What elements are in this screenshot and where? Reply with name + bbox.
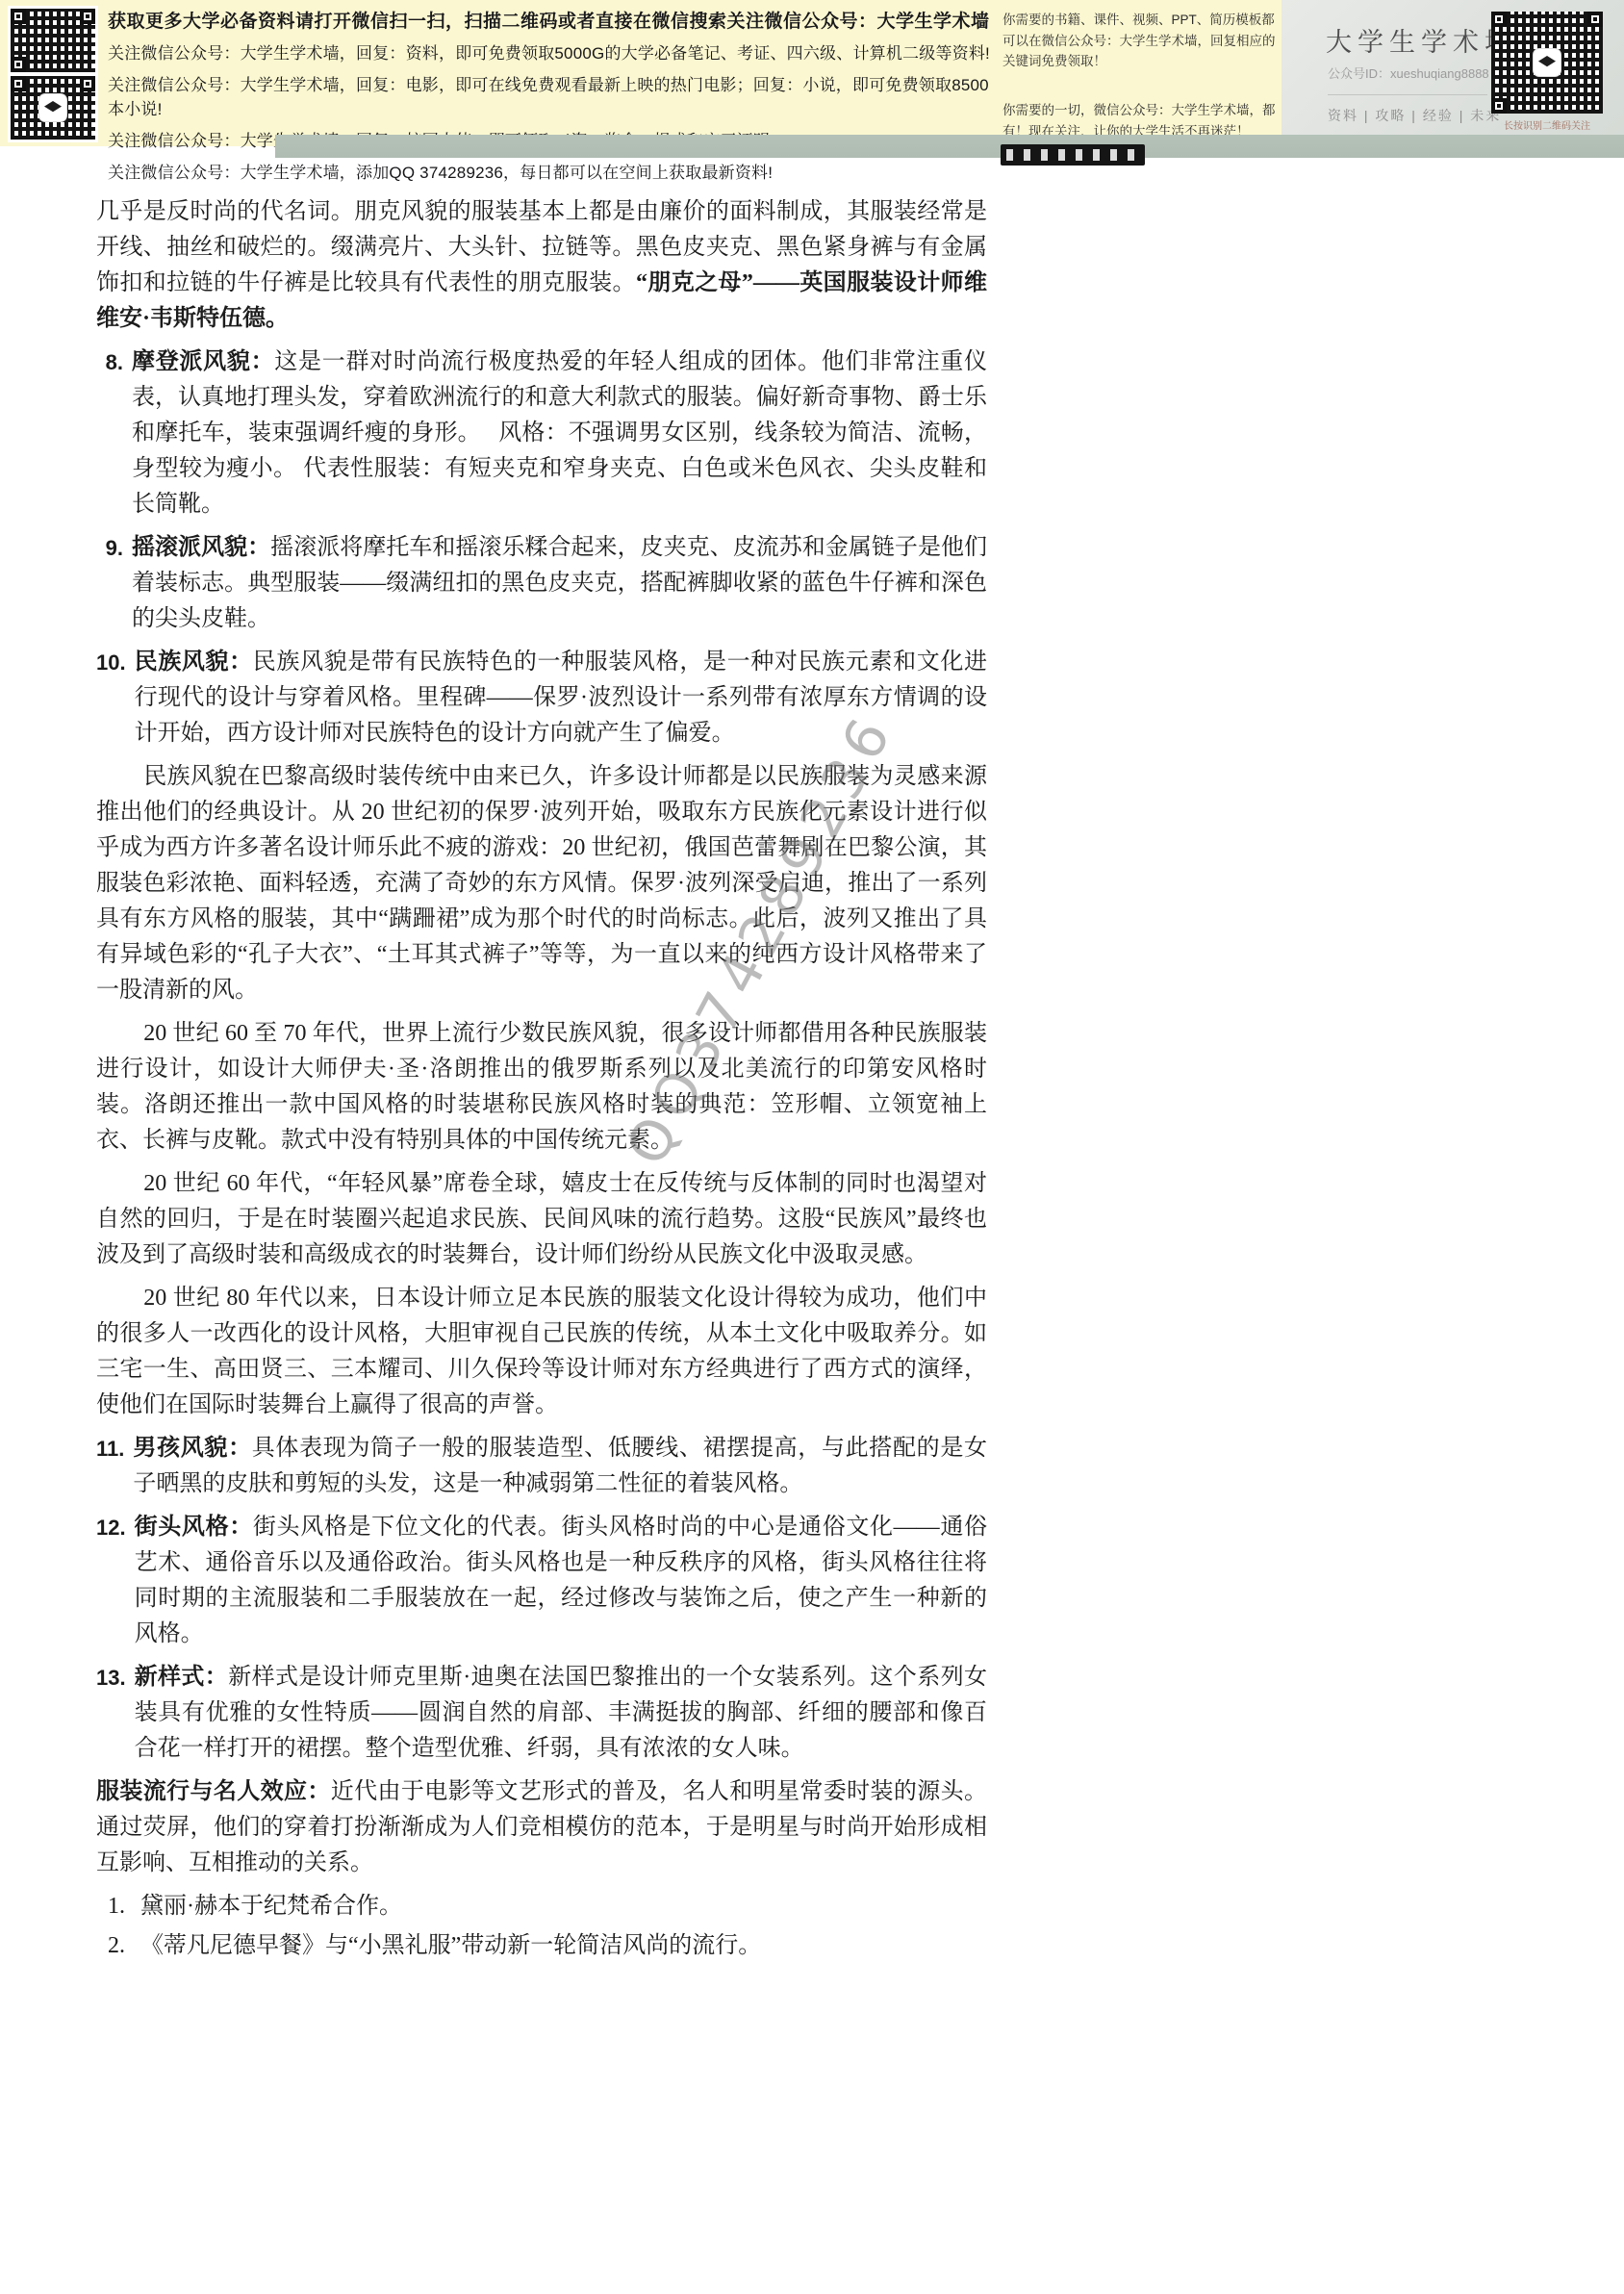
final-list-item-2: 2. 《蒂凡尼德早餐》与“小黑礼服”带动新一轮简洁风尚的流行。 [104, 1928, 987, 1964]
qr-code-icon [11, 76, 95, 140]
item-text: 新样式是设计师克里斯·迪奥在法国巴黎推出的一个女装系列。这个系列女装具有优雅的女… [135, 1665, 987, 1761]
item-number: 11. [96, 1431, 133, 1502]
promo-line-2: 关注微信公众号：大学生学术墙，回复：资料，即可免费领取5000G的大学必备笔记、… [108, 39, 1002, 64]
final-list-item-1: 1. 黛丽·赫本于纪梵希合作。 [104, 1889, 987, 1924]
header-qr-block [8, 6, 98, 142]
brand-account-id: 公众号ID：xueshuqiang8888 [1328, 64, 1489, 82]
ethnic-paragraph-4: 20 世纪 80 年代以来，日本设计师立足本民族的服装文化设计得较为成功，他们中… [96, 1281, 987, 1423]
item-title: 摇滚派风貌： [132, 535, 270, 560]
ethnic-paragraph-3: 20 世纪 60 年代，“年轻风暴”席卷全球，嬉皮士在反传统与反体制的同时也渴望… [96, 1166, 987, 1273]
scan-texture-strip [275, 135, 1624, 158]
item-number: 1. [104, 1889, 140, 1924]
list-item-10: 10. 民族风貌：民族风貌是带有民族特色的一种服装风格，是一种对民族元素和文化进… [96, 645, 987, 752]
promo-header-banner: 获取更多大学必备资料请打开微信扫一扫，扫描二维码或者直接在微信搜索关注微信公众号… [0, 0, 1624, 146]
divider [1328, 94, 1487, 95]
item-text: 民族风貌是带有民族特色的一种服装风格，是一种对民族元素和文化进行现代的设计与穿着… [135, 650, 987, 746]
document-page: 获取更多大学必备资料请打开微信扫一扫，扫描二维码或者直接在微信搜索关注微信公众号… [0, 0, 1624, 2294]
item-title: 民族风貌： [135, 650, 253, 675]
list-item-13: 13. 新样式：新样式是设计师克里斯·迪奥在法国巴黎推出的一个女装系列。这个系列… [96, 1660, 987, 1767]
promo-side-note-1: 你需要的书籍、课件、视频、PPT、简历模板都可以在微信公众号：大学生学术墙，回复… [1002, 10, 1283, 72]
item-title: 新样式： [135, 1665, 229, 1690]
brand-title: 大学生学术墙 [1326, 21, 1516, 59]
qr-finder-icon [1491, 12, 1507, 27]
item-text: 黛丽·赫本于纪梵希合作。 [140, 1889, 402, 1924]
celebrity-paragraph: 服装流行与名人效应：近代由于电影等文艺形式的普及，名人和明星常委时装的源头。通过… [96, 1774, 987, 1881]
item-number: 9. [96, 530, 132, 637]
graduation-cap-icon [1534, 49, 1561, 76]
item-title: 男孩风貌： [133, 1436, 251, 1461]
item-text: 《蒂凡尼德早餐》与“小黑礼服”带动新一轮简洁风尚的流行。 [140, 1928, 761, 1964]
qr-finder-icon [1587, 12, 1603, 27]
item-number: 2. [104, 1928, 140, 1964]
item-number: 8. [96, 344, 132, 523]
item-text: 街头风格是下位文化的代表。街头风格时尚的中心是通俗文化——通俗艺术、通俗音乐以及… [135, 1515, 987, 1646]
item-text: 这是一群对时尚流行极度热爱的年轻人组成的团体。他们非常注重仪表，认真地打理头发，… [132, 349, 987, 517]
promo-text-lines: 获取更多大学必备资料请打开微信扫一扫，扫描二维码或者直接在微信搜索关注微信公众号… [108, 7, 1002, 191]
list-item-12: 12. 街头风格：街头风格是下位文化的代表。街头风格时尚的中心是通俗文化——通俗… [96, 1510, 987, 1652]
item-number: 12. [96, 1510, 135, 1652]
list-item-9: 9. 摇滚派风貌：摇滚派将摩托车和摇滚乐糅合起来，皮夹克、皮流苏和金属链子是他们… [96, 530, 987, 637]
ethnic-paragraph-2: 20 世纪 60 至 70 年代，世界上流行少数民族风貌，很多设计师都借用各种民… [96, 1016, 987, 1159]
qr-finder-icon [11, 76, 26, 91]
promo-line-1: 获取更多大学必备资料请打开微信扫一扫，扫描二维码或者直接在微信搜索关注微信公众号… [108, 7, 1002, 33]
celebrity-heading: 服装流行与名人效应： [96, 1779, 331, 1804]
qr-finder-icon [80, 9, 95, 24]
qr-finder-icon [11, 9, 26, 24]
document-body: 几乎是反时尚的代名词。朋克风貌的服装基本上都是由廉价的面料制成，其服装经常是开线… [96, 194, 987, 1968]
list-item-8: 8. 摩登派风貌：这是一群对时尚流行极度热爱的年轻人组成的团体。他们非常注重仪表… [96, 344, 987, 523]
promo-line-5: 关注微信公众号：大学生学术墙，添加QQ 374289236，每日都可以在空间上获… [108, 159, 1002, 183]
qr-code-icon [1491, 12, 1603, 114]
brand-tags: 资料 | 攻略 | 经验 | 未来 [1328, 106, 1501, 125]
qr-caption: 长按识别二维码关注 [1491, 117, 1603, 132]
qr-code-icon [11, 9, 95, 72]
item-number: 13. [96, 1660, 135, 1767]
qr-finder-icon [80, 76, 95, 91]
item-title: 摩登派风貌： [132, 349, 274, 374]
qr-finder-icon [1491, 98, 1507, 114]
item-title: 街头风格： [135, 1515, 253, 1540]
ethnic-paragraph-1: 民族风貌在巴黎高级时装传统中由来已久，许多设计师都是以民族服装为灵感来源推出他们… [96, 759, 987, 1008]
cropped-logo [1001, 144, 1145, 166]
item-text: 具体表现为筒子一般的服装造型、低腰线、裙摆提高，与此搭配的是女子晒黑的皮肤和剪短… [133, 1436, 987, 1496]
item-number: 10. [96, 645, 135, 752]
qr-finder-icon [11, 57, 26, 72]
list-item-11: 11. 男孩风貌：具体表现为筒子一般的服装造型、低腰线、裙摆提高，与此搭配的是女… [96, 1431, 987, 1502]
promo-line-3: 关注微信公众号：大学生学术墙，回复：电影，即可在线免费观看最新上映的热门电影；回… [108, 71, 1002, 119]
intro-paragraph: 几乎是反时尚的代名词。朋克风貌的服装基本上都是由廉价的面料制成，其服装经常是开线… [96, 194, 987, 337]
graduation-cap-icon [39, 94, 66, 121]
